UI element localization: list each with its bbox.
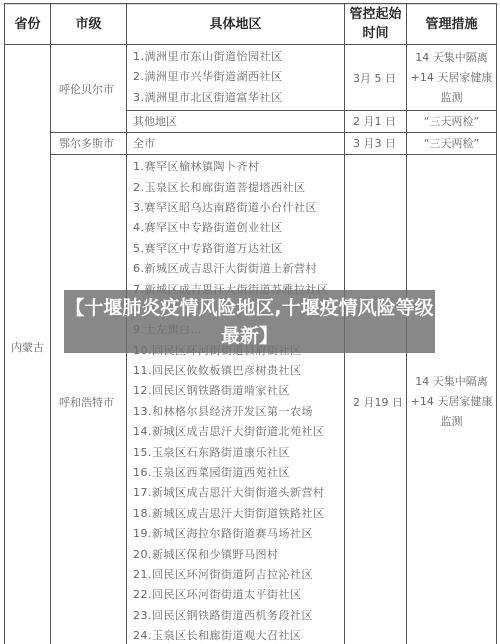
list-item: 2.满洲里市兴华街道湖西社区 xyxy=(133,67,338,87)
list-item: 4.赛罕区中专路街道创业社区 xyxy=(133,218,338,238)
table-header-row: 省份 市级 具体地区 管控起始时间 管理措施 xyxy=(5,4,497,45)
header-area: 具体地区 xyxy=(127,4,345,45)
list-item: 3.满洲里市北区街道富华社区 xyxy=(133,88,338,108)
list-item: 24.玉泉区长和廊街道观大召社区 xyxy=(133,626,338,644)
list-item: 5.赛罕区中专路街道万达社区 xyxy=(133,239,338,259)
header-province: 省份 xyxy=(5,4,51,45)
measure-cell: “三天两检” xyxy=(407,111,497,133)
list-item: 19.新城区海拉尔路街道赛马场社区 xyxy=(133,524,338,544)
list-item: 3.赛罕区昭乌达南路街道小台什社区 xyxy=(133,198,338,218)
header-measures: 管理措施 xyxy=(407,4,497,45)
list-item: 12.回民区钢铁路街道啃家社区 xyxy=(133,381,338,401)
list-item: 23.回民区钢铁路街道西机务段社区 xyxy=(133,606,338,626)
city-cell: 呼伦贝尔市 xyxy=(51,45,127,133)
overlay-title-banner: 【十堰肺炎疫情风险地区,十堰疫情风险等级最新】 xyxy=(64,290,435,353)
area-cell: 全市 xyxy=(127,133,345,155)
measure-cell: 14 天集中隔离+14 天居家健康监测 xyxy=(407,155,497,644)
area-list: 1.赛罕区榆林镇陶卜齐村 2.玉泉区长和廊街道菩提塔西社区 3.赛罕区昭乌达南路… xyxy=(127,155,345,644)
list-item: 21.回民区环河街街道阿吉拉沁社区 xyxy=(133,565,338,585)
list-item: 1.满洲里市东山街道怡园社区 xyxy=(133,47,338,67)
list-item: 11.回民区攸攸板镇巴彦树贵社区 xyxy=(133,361,338,381)
list-item: 15.玉泉区石东路街道康乐社区 xyxy=(133,443,338,463)
list-item: 17.新城区成吉思汗大街街道头新营村 xyxy=(133,483,338,503)
list-item: 2.玉泉区长和廊街道菩提塔西社区 xyxy=(133,178,338,198)
date-cell: 3月 5 日 xyxy=(345,45,407,111)
measure-cell: 14 天集中隔离+14 天居家健康监测 xyxy=(407,45,497,111)
header-city: 市级 xyxy=(51,4,127,45)
date-cell: 3 月3 日 xyxy=(345,133,407,155)
list-item: 13.和林格尔县经济开发区第一农场 xyxy=(133,402,338,422)
city-cell: 鄂尔多斯市 xyxy=(51,133,127,155)
province-cell: 内蒙古 xyxy=(5,45,51,644)
measure-cell: “三天两检” xyxy=(407,133,497,155)
list-item: 22.回民区环河街街道太平街社区 xyxy=(133,585,338,605)
table-row: 呼和浩特市 1.赛罕区榆林镇陶卜齐村 2.玉泉区长和廊街道菩提塔西社区 3.赛罕… xyxy=(5,155,497,644)
list-item: 6.新城区成吉思汗大街街道上新营村 xyxy=(133,259,338,279)
table-row: 鄂尔多斯市 全市 3 月3 日 “三天两检” xyxy=(5,133,497,155)
city-cell: 呼和浩特市 xyxy=(51,155,127,644)
list-item: 1.赛罕区榆林镇陶卜齐村 xyxy=(133,157,338,177)
list-item: 20.新城区保和少镇野马图村 xyxy=(133,545,338,565)
table-row: 内蒙古 呼伦贝尔市 1.满洲里市东山街道怡园社区 2.满洲里市兴华街道湖西社区 … xyxy=(5,45,497,111)
date-cell: 2 月1 日 xyxy=(345,111,407,133)
date-cell: 2 月19 日 xyxy=(345,155,407,644)
list-item: 18.新城区成吉思汗大街街道铁路社区 xyxy=(133,504,338,524)
list-item: 16.玉泉区西菜园街道西苑社区 xyxy=(133,463,338,483)
area-list: 1.满洲里市东山街道怡园社区 2.满洲里市兴华街道湖西社区 3.满洲里市北区街道… xyxy=(127,45,345,111)
header-start-time: 管控起始时间 xyxy=(345,4,407,45)
list-item: 14.新城区成吉思汗大街街道北苑社区 xyxy=(133,422,338,442)
area-cell: 其他地区 xyxy=(127,111,345,133)
